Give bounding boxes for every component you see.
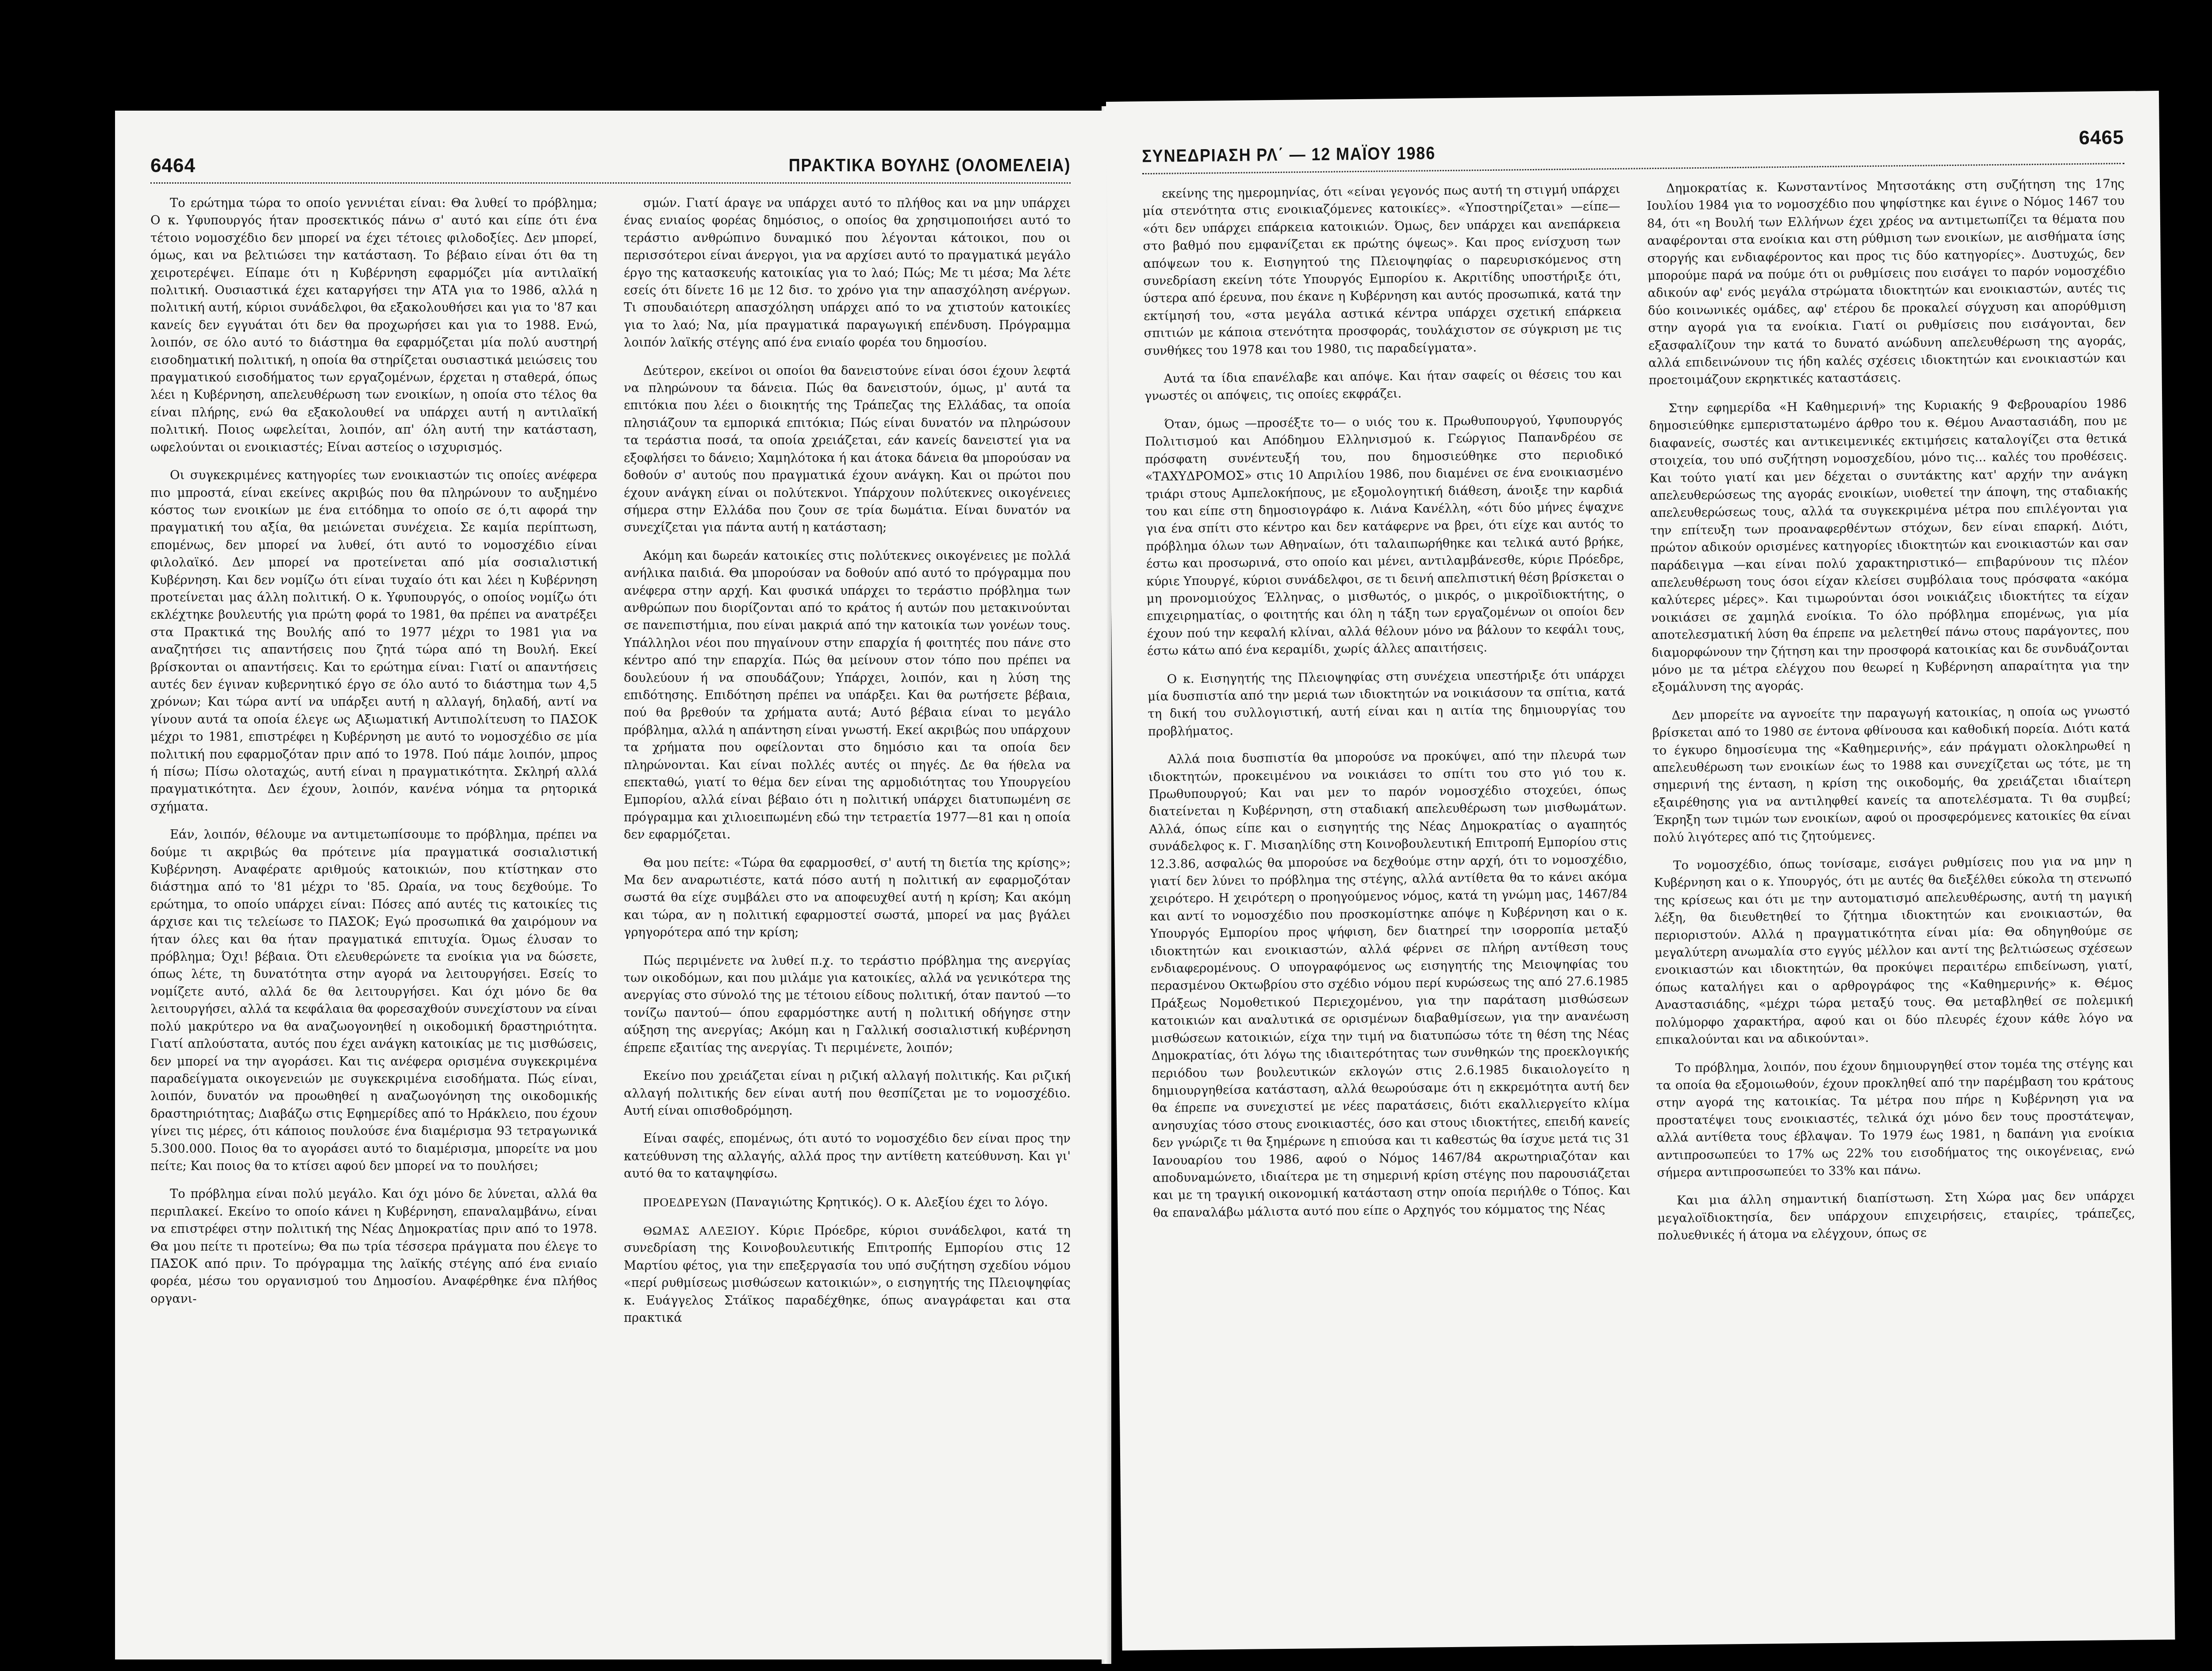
text-columns: εκείνης της ημερομηνίας, ότι «είναι γεγο… <box>1142 175 2139 1597</box>
paragraph: Δεύτερον, εκείνοι οι οποίοι θα δανειστού… <box>624 362 1071 537</box>
paragraph: σμών. Γιατί άραγε να υπάρχει αυτό το πλή… <box>624 195 1071 352</box>
right-page: ΣΥΝΕΔΡΙΑΣΗ ΡΛ΄ — 12 ΜΑΪΟΥ 1986 6465 εκεί… <box>1106 91 2175 1651</box>
text-column: εκείνης της ημερομηνίας, ότι «είναι γεγο… <box>1142 181 1635 1597</box>
text-columns: Το ερώτημα τώρα το οποίο γεννιέται είναι… <box>150 195 1071 1606</box>
text-column: σμών. Γιατί άραγε να υπάρχει αυτό το πλή… <box>624 195 1071 1606</box>
page-number: 6464 <box>150 155 196 177</box>
running-header: 6464 ΠΡΑΚΤΙΚΑ ΒΟΥΛΗΣ (ΟΛΟΜΕΛΕΙΑ) <box>150 150 1071 186</box>
paragraph: Πώς περιμένετε να λυθεί π.χ. το τεράστιο… <box>624 952 1071 1057</box>
running-head-title: ΠΡΑΚΤΙΚΑ ΒΟΥΛΗΣ (ΟΛΟΜΕΛΕΙΑ) <box>789 156 1071 176</box>
paragraph: Δεν μπορείτε να αγνοείτε την παραγωγή κα… <box>1652 702 2131 847</box>
paragraph: Θα μου πείτε: «Τώρα θα εφαρμοσθεί, σ' αυ… <box>624 855 1071 942</box>
page-number: 6465 <box>2079 127 2124 149</box>
header-rule <box>150 182 1071 184</box>
paragraph: Είναι σαφές, επομένως, ότι αυτό το νομοσ… <box>624 1130 1071 1182</box>
paragraph: εκείνης της ημερομηνίας, ότι «είναι γεγο… <box>1142 181 1622 360</box>
paragraph: Και μια άλλη σημαντική διαπίστωση. Στη Χ… <box>1657 1187 2135 1245</box>
speaker-name: ΠΡΟΕΔΡΕΥΩΝ <box>643 1195 727 1209</box>
paragraph: Ακόμη και δωρεάν κατοικίες στις πολύτεκν… <box>624 547 1071 844</box>
paragraph: Το νομοσχέδιο, όπως τονίσαμε, εισάγει ρυ… <box>1654 852 2133 1049</box>
paragraph: ΘΩΜΑΣ ΑΛΕΞΙΟΥ. Κύριε Πρόεδρε, κύριοι συν… <box>624 1222 1071 1327</box>
speaker-name: ΘΩΜΑΣ ΑΛΕΞΙΟΥ <box>643 1224 756 1237</box>
paragraph: Ο κ. Εισηγητής της Πλειοψηφίας στη συνέχ… <box>1147 666 1626 740</box>
paragraph: Όταν, όμως —προσέξτε το— ο υιός του κ. Π… <box>1144 411 1625 660</box>
paragraph: Οι συγκεκριμένες κατηγορίες των ενοικιασ… <box>150 467 597 816</box>
paragraph: Το πρόβλημα, λοιπόν, που έχουν δημιουργη… <box>1656 1055 2135 1182</box>
paragraph: Το πρόβλημα είναι πολύ μεγάλο. Και όχι μ… <box>150 1186 597 1308</box>
running-head-title: ΣΥΝΕΔΡΙΑΣΗ ΡΛ΄ — 12 ΜΑΪΟΥ 1986 <box>1142 143 1436 166</box>
text-column: Δημοκρατίας κ. Κωνσταντίνος Μητσοτάκης σ… <box>1647 175 2139 1592</box>
paragraph: Στην εφημερίδα «Η Καθημερινή» της Κυριακ… <box>1649 395 2130 697</box>
paragraph: Το ερώτημα τώρα το οποίο γεννιέται είναι… <box>150 195 597 456</box>
paragraph: Δημοκρατίας κ. Κωνσταντίνος Μητσοτάκης σ… <box>1647 175 2127 389</box>
paragraph: Αλλά ποια δυσπιστία θα μπορούσε να προκύ… <box>1148 746 1631 1222</box>
paragraph: Αυτά τα ίδια επανέλαβε και απόψε. Και ήτ… <box>1144 366 1622 405</box>
running-header: ΣΥΝΕΔΡΙΑΣΗ ΡΛ΄ — 12 ΜΑΪΟΥ 1986 6465 <box>1142 131 2124 177</box>
paragraph: Εκείνο που χρειάζεται είναι η ριζική αλλ… <box>624 1067 1071 1120</box>
left-page: 6464 ΠΡΑΚΤΙΚΑ ΒΟΥΛΗΣ (ΟΛΟΜΕΛΕΙΑ) Το ερώτ… <box>115 111 1106 1659</box>
paragraph: Εάν, λοιπόν, θέλουμε να αντιμετωπίσουμε … <box>150 826 597 1175</box>
paragraph: ΠΡΟΕΔΡΕΥΩΝ (Παναγιώτης Κρητικός). Ο κ. Α… <box>624 1194 1071 1211</box>
text-column: Το ερώτημα τώρα το οποίο γεννιέται είναι… <box>150 195 597 1606</box>
